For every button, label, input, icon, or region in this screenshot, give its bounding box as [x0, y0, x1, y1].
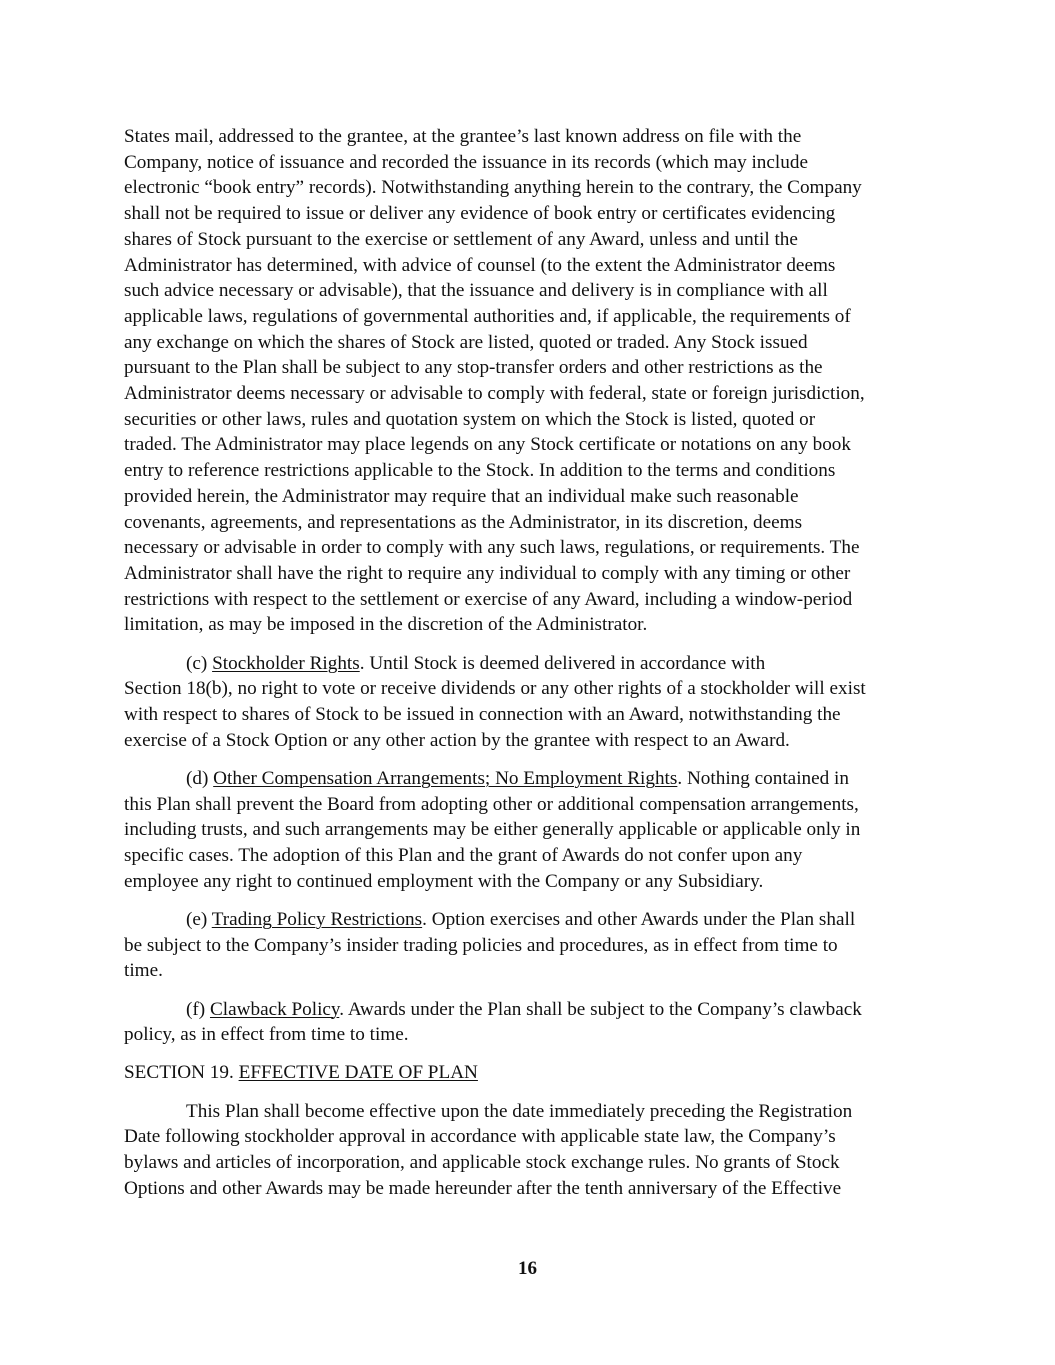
section-19-paragraph: This Plan shall become effective upon th… [124, 1099, 930, 1202]
text-line: necessary or advisable in order to compl… [124, 535, 930, 561]
text-line: be subject to the Company’s insider trad… [124, 933, 930, 959]
document-page: States mail, addressed to the grantee, a… [124, 124, 930, 1214]
subsection-first-line: (d) Other Compensation Arrangements; No … [124, 766, 930, 792]
text-line: shall not be required to issue or delive… [124, 201, 930, 227]
text-line: including trusts, and such arrangements … [124, 817, 930, 843]
text-line: Company, notice of issuance and recorded… [124, 150, 930, 176]
continuation-paragraph: States mail, addressed to the grantee, a… [124, 124, 930, 638]
text-line: Administrator has determined, with advic… [124, 253, 930, 279]
subsection-e-trading-policy: (e) Trading Policy Restrictions. Option … [124, 907, 930, 984]
text-line: pursuant to the Plan shall be subject to… [124, 355, 930, 381]
subsection-title: Clawback Policy [210, 999, 339, 1020]
text-line: applicable laws, regulations of governme… [124, 304, 930, 330]
subsection-first-line: (f) Clawback Policy. Awards under the Pl… [124, 997, 930, 1023]
text-line: limitation, as may be imposed in the dis… [124, 612, 930, 638]
subsection-c-stockholder-rights: (c) Stockholder Rights. Until Stock is d… [124, 651, 930, 754]
text-line: This Plan shall become effective upon th… [124, 1099, 930, 1125]
subsection-label: (e) [186, 909, 207, 930]
section-heading-title: EFFECTIVE DATE OF PLAN [239, 1062, 478, 1083]
text-line: electronic “book entry” records). Notwit… [124, 175, 930, 201]
text-line: with respect to shares of Stock to be is… [124, 702, 930, 728]
text-line: policy, as in effect from time to time. [124, 1022, 930, 1048]
subsection-title: Stockholder Rights [212, 653, 360, 674]
text-line: such advice necessary or advisable), tha… [124, 278, 930, 304]
text-line: entry to reference restrictions applicab… [124, 458, 930, 484]
subsection-text: . Option exercises and other Awards unde… [422, 909, 855, 930]
text-line: covenants, agreements, and representatio… [124, 510, 930, 536]
section-19-heading: SECTION 19. EFFECTIVE DATE OF PLAN [124, 1060, 930, 1086]
subsection-title: Trading Policy Restrictions [212, 909, 422, 930]
subsection-first-line: (c) Stockholder Rights. Until Stock is d… [124, 651, 930, 677]
subsection-d-other-compensation: (d) Other Compensation Arrangements; No … [124, 766, 930, 895]
text-line: specific cases. The adoption of this Pla… [124, 843, 930, 869]
text-line: shares of Stock pursuant to the exercise… [124, 227, 930, 253]
text-line: this Plan shall prevent the Board from a… [124, 792, 930, 818]
subsection-text: . Until Stock is deemed delivered in acc… [360, 653, 765, 674]
text-line: any exchange on which the shares of Stoc… [124, 330, 930, 356]
text-line: exercise of a Stock Option or any other … [124, 728, 930, 754]
text-line: Options and other Awards may be made her… [124, 1176, 930, 1202]
text-line: time. [124, 958, 930, 984]
text-line: traded. The Administrator may place lege… [124, 432, 930, 458]
subsection-f-clawback-policy: (f) Clawback Policy. Awards under the Pl… [124, 997, 930, 1048]
subsection-text: . Nothing contained in [677, 768, 849, 789]
section-heading-prefix: SECTION 19. [124, 1062, 239, 1083]
subsection-label: (f) [186, 999, 205, 1020]
page-number: 16 [0, 1258, 1055, 1280]
text-line: States mail, addressed to the grantee, a… [124, 124, 930, 150]
text-line: Administrator shall have the right to re… [124, 561, 930, 587]
text-line: restrictions with respect to the settlem… [124, 587, 930, 613]
text-line: Date following stockholder approval in a… [124, 1124, 930, 1150]
subsection-label: (c) [186, 653, 207, 674]
text-line: provided herein, the Administrator may r… [124, 484, 930, 510]
subsection-text: . Awards under the Plan shall be subject… [339, 999, 862, 1020]
text-line: Administrator deems necessary or advisab… [124, 381, 930, 407]
text-line: securities or other laws, rules and quot… [124, 407, 930, 433]
text-line: employee any right to continued employme… [124, 869, 930, 895]
subsection-first-line: (e) Trading Policy Restrictions. Option … [124, 907, 930, 933]
subsection-title: Other Compensation Arrangements; No Empl… [213, 768, 677, 789]
text-line: Section 18(b), no right to vote or recei… [124, 676, 930, 702]
subsection-label: (d) [186, 768, 208, 789]
text-line: bylaws and articles of incorporation, an… [124, 1150, 930, 1176]
